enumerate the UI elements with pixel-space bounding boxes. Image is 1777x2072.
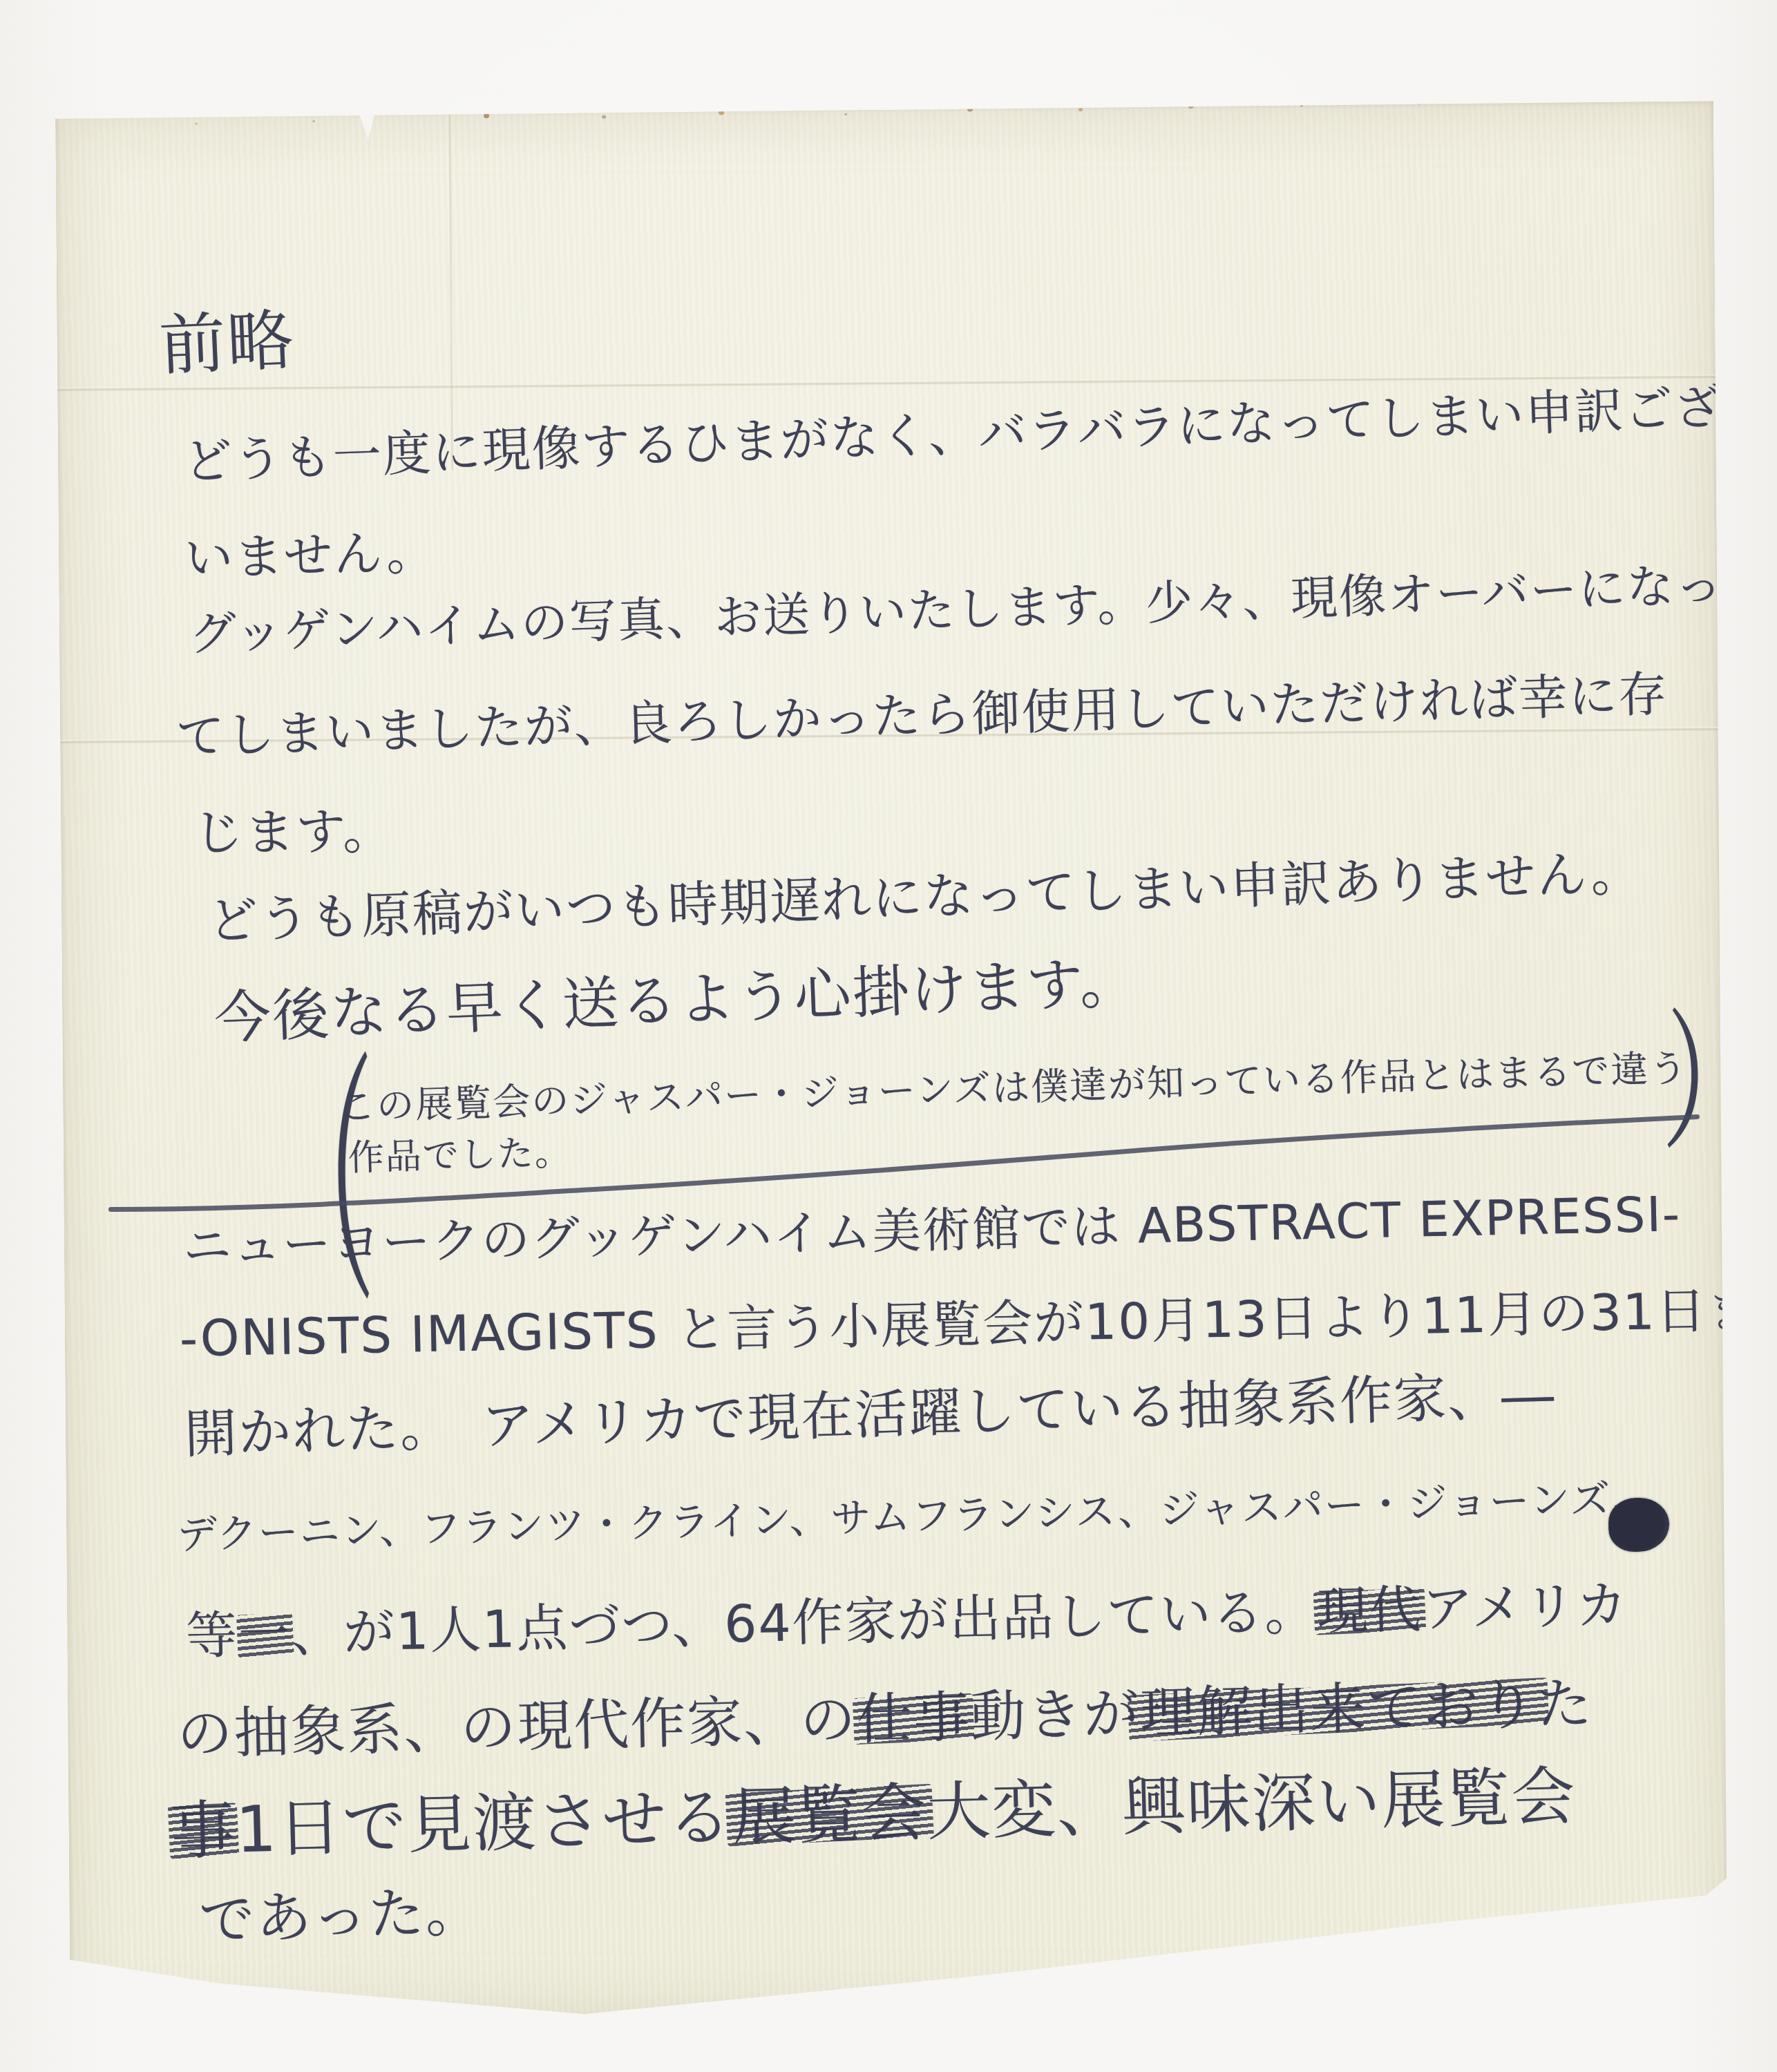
fold-crease [448,111,454,470]
struck-text: 仕事 [856,1687,971,1751]
text-segment: 、が1人1点づつ、64作家が出品している。 [290,1582,1318,1664]
report-line: の抽象系、の現代作家、の仕事動きが理解出来ておりた [176,1673,1593,1765]
letter-line: どうも原稿がいつも時期遅れになってしまい申訳ありません。 [207,846,1643,949]
report-line: ニューヨークのグッゲンハイム美術館では ABSTRACT EXPRESSI- [182,1188,1682,1273]
parenthetical-line: この展覧会のジャスパー・ジョーンズは僕達が知っている作品とはまるで違う [337,1048,1689,1128]
report-line: 事1日で見渡させる展覧会大変、興味深い展覧会 [170,1761,1577,1867]
report-line: -ONISTS IMAGISTS と言う小展覧会が10月13日より11月の31日… [179,1282,1777,1366]
report-line-artists: デクーニン、フランツ・クライン、サムフランシス、ジャスパー・ジョーンズ、 [176,1476,1655,1558]
letter-line: どうも一度に現像するひまがなく、バラバラになってしまい申訳ござ [183,381,1725,489]
report-line: であった。 [198,1881,483,1952]
ink-blot [1608,1498,1670,1552]
text-segment: アメリカ [1421,1575,1629,1639]
letter-line: てしまいましたが、良ろしかったら御使用していただければ幸に存 [175,667,1669,763]
struck-text: 一 [238,1606,292,1664]
struck-text: 現代 [1316,1582,1423,1641]
text-segment: 大変、興味深い展覧会 [926,1759,1577,1850]
text-segment: の抽象系、の現代作家、の [176,1687,857,1766]
parenthetical-line: 作品でした。 [348,1134,572,1179]
report-line: 等一、が1人1点づつ、64作家が出品している。現代アメリカ [185,1577,1628,1665]
letter-greeting: 前略 [158,304,296,383]
text-segment: 動きが [969,1681,1141,1749]
struck-text: 展覧会 [732,1778,928,1852]
letter-line: じます。 [193,804,395,860]
text-segment: 1日で見渡させる [235,1780,733,1867]
struck-text: 事 [170,1795,237,1867]
struck-text: 理解出来ており [1139,1675,1537,1745]
letter-line: いません。 [184,526,437,585]
report-line: 開かれた。 アメリカで現在活躍している抽象系作家、― [184,1366,1556,1463]
text-segment: 等 [185,1606,239,1666]
letter-paper: 前略 どうも一度に現像するひまがなく、バラバラになってしまい申訳ござ いません。… [55,101,1729,2021]
